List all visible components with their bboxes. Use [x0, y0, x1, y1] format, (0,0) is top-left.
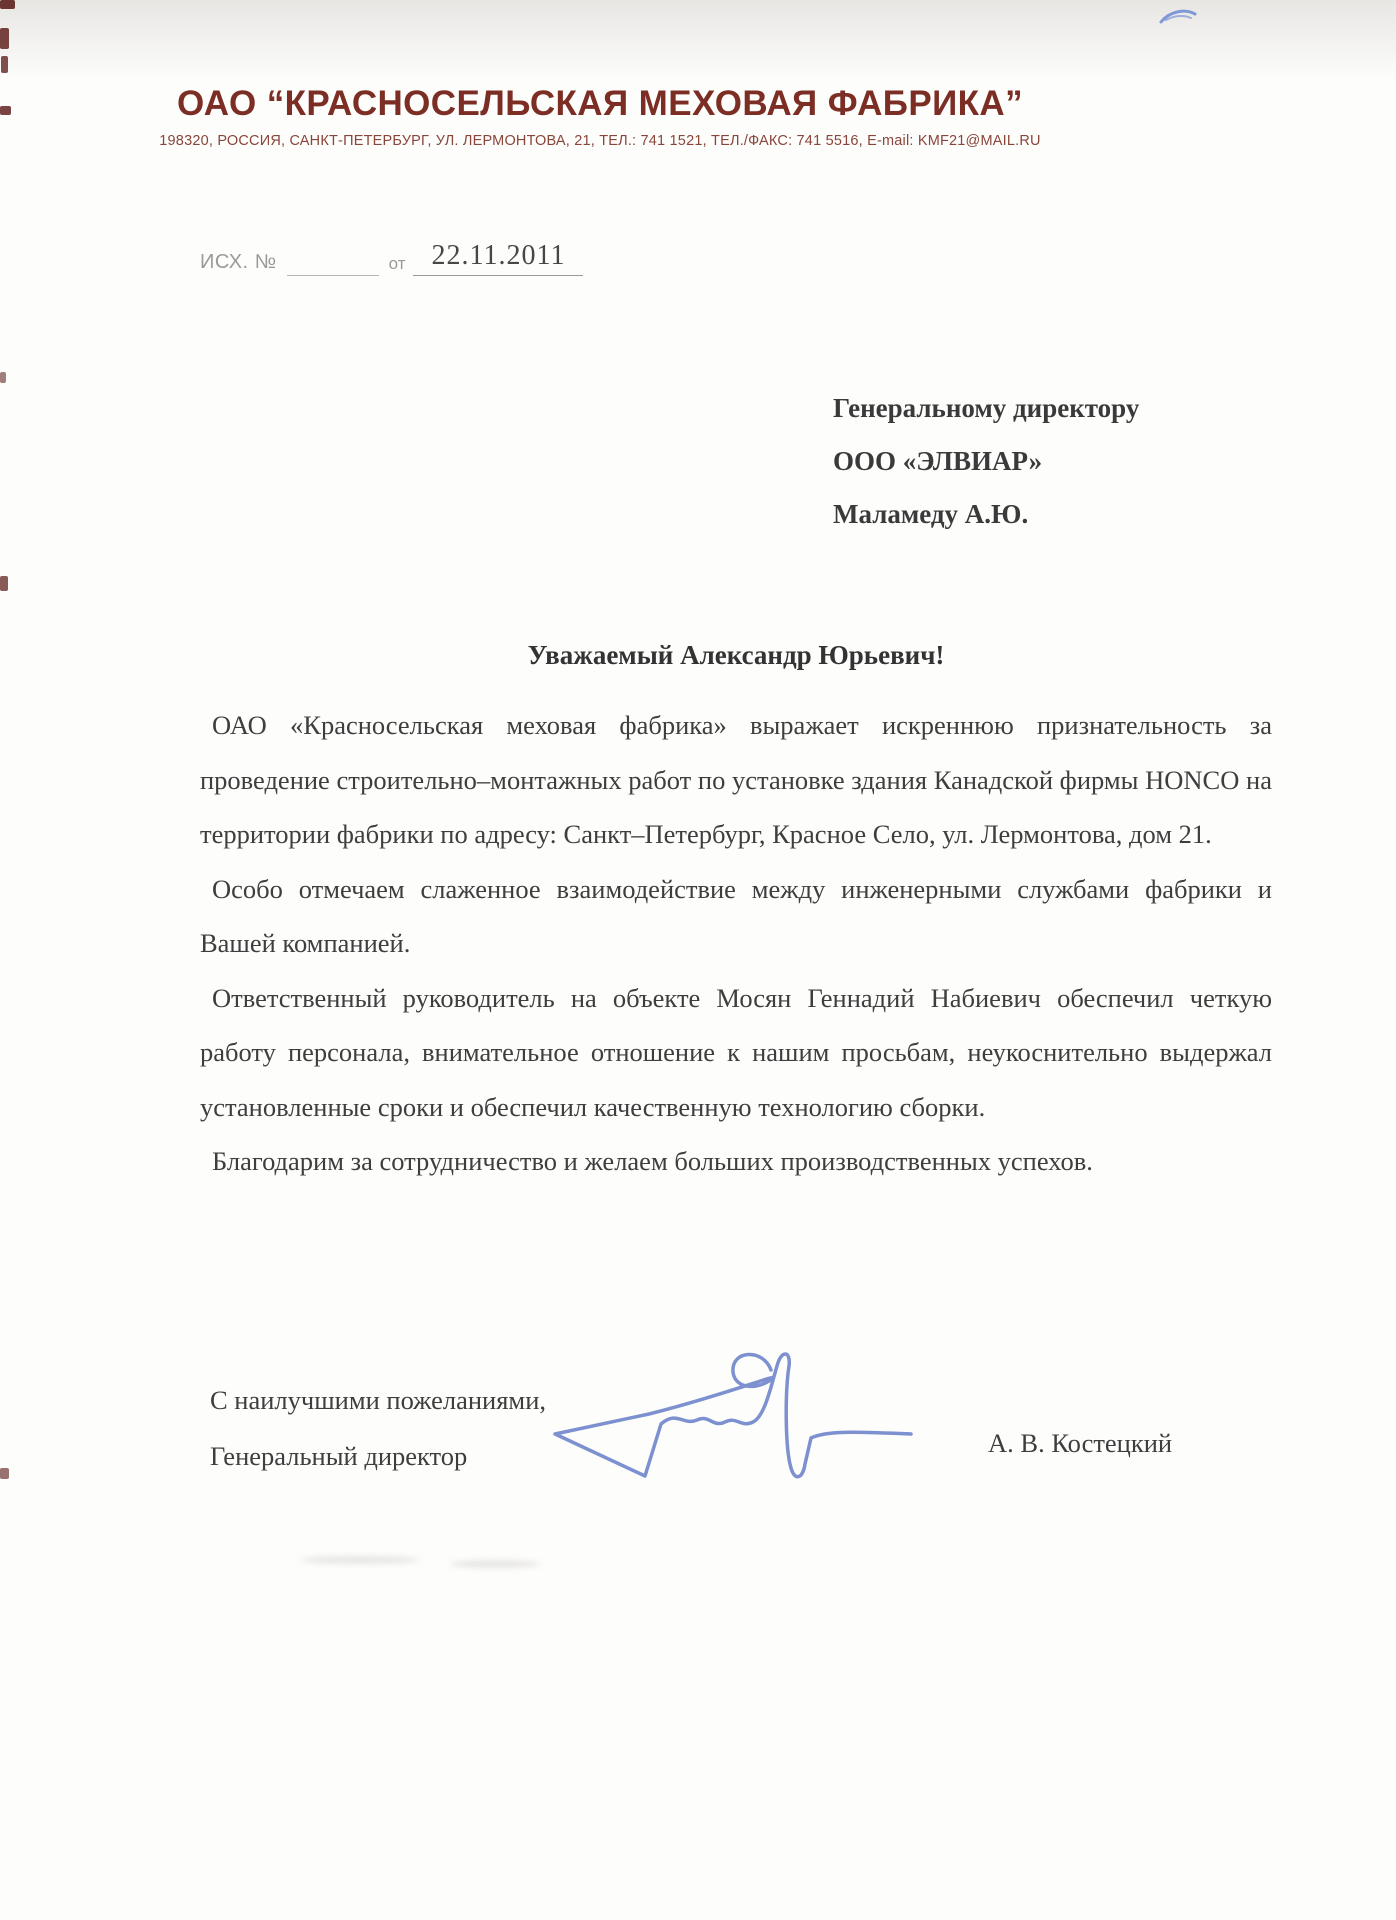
scan-artifact: [0, 576, 8, 591]
scan-artifact: [0, 0, 15, 9]
letterhead: ОАО “КРАСНОСЕЛЬСКАЯ МЕХОВАЯ ФАБРИКА” 198…: [150, 84, 1050, 149]
closing-position: Генеральный директор: [210, 1428, 546, 1484]
body-paragraph: Особо отмечаем слаженное взаимодействие …: [200, 862, 1272, 971]
scan-artifact: [0, 1468, 9, 1479]
scan-artifact: [450, 1560, 540, 1568]
scan-artifact: [0, 106, 11, 115]
body-paragraph: Ответственный руководитель на объекте Мо…: [200, 971, 1272, 1135]
closing-block: С наилучшими пожеланиями, Генеральный ди…: [210, 1372, 546, 1484]
ref-date: 22.11.2011: [413, 240, 583, 276]
company-address: 198320, РОССИЯ, САНКТ-ПЕТЕРБУРГ, УЛ. ЛЕР…: [150, 133, 1050, 149]
letter-body: ОАО «Красносельская меховая фабрика» выр…: [200, 698, 1272, 1189]
company-title: ОАО “КРАСНОСЕЛЬСКАЯ МЕХОВАЯ ФАБРИКА”: [150, 84, 1050, 124]
scan-artifact: [0, 372, 6, 383]
body-paragraph: Благодарим за сотрудничество и желаем бо…: [200, 1134, 1272, 1189]
scan-artifact: [1, 56, 8, 73]
recipient-title: Генеральному директору: [833, 382, 1139, 435]
closing-regards: С наилучшими пожеланиями,: [210, 1372, 546, 1428]
pen-mark-icon: [1156, 3, 1200, 29]
signer-name: А. В. Костецкий: [988, 1428, 1172, 1459]
ink-signature: [525, 1338, 925, 1513]
ref-number-blank: [287, 247, 379, 276]
scan-artifact: [300, 1556, 420, 1564]
recipient-company: ООО «ЭЛВИАР»: [833, 435, 1139, 488]
scan-artifact: [0, 28, 9, 49]
recipient-person: Маламеду А.Ю.: [833, 488, 1139, 541]
ref-line: ИСХ. № от 22.11.2011: [200, 240, 583, 276]
recipient-block: Генеральному директору ООО «ЭЛВИАР» Мала…: [833, 382, 1139, 541]
ref-number-label: ИСХ. №: [200, 251, 277, 276]
salutation: Уважаемый Александр Юрьевич!: [200, 640, 1272, 671]
ref-from-label: от: [389, 254, 406, 276]
scanned-letter-page: ОАО “КРАСНОСЕЛЬСКАЯ МЕХОВАЯ ФАБРИКА” 198…: [0, 0, 1396, 1920]
body-paragraph: ОАО «Красносельская меховая фабрика» выр…: [200, 698, 1272, 862]
